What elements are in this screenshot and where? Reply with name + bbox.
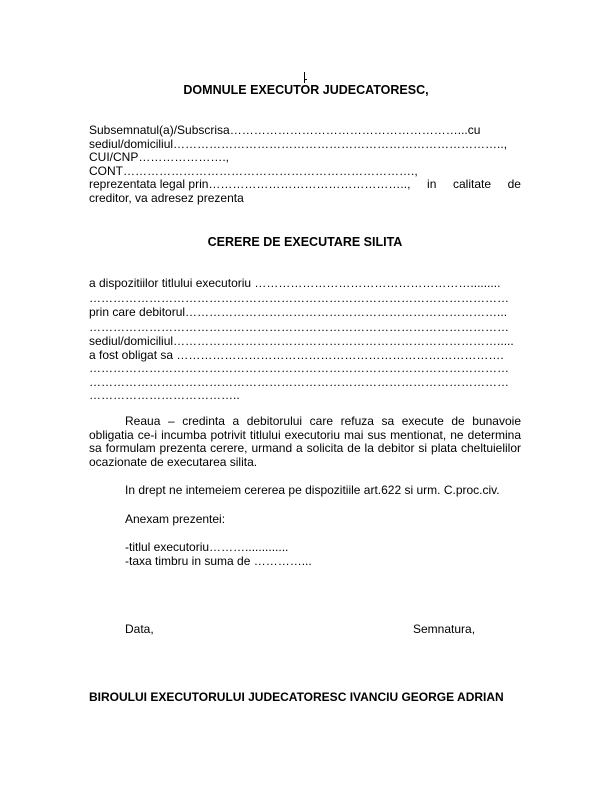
creditor-account-line: CONT………………………………………………………………., [89, 165, 521, 179]
section-title: CERERE DE EXECUTARE SILITA [0, 236, 610, 250]
dotted-line: …………………………………………………………………………………………… [89, 376, 521, 390]
debtor-line: prin care debitorul………………………………………………………… [89, 306, 521, 321]
creditor-address-line: sediul/domiciliul……………………………………………………………… [89, 138, 521, 152]
representative-word-2: calitate [453, 178, 491, 192]
creditor-block: Subsemnatul(a)/Subscrisa…………………………………………… [89, 124, 521, 206]
annex-item-stamp-tax: -taxa timbru in suma de …………... [125, 555, 312, 569]
dotted-line: …………………………………………………………………………………………… [89, 362, 521, 376]
debtor-block: a dispozitiilor titlului executoriu …………… [89, 277, 521, 403]
creditor-closing-line: creditor, va adresez prezenta [89, 192, 521, 206]
creditor-cui-line: CUI/CNP…………………., [89, 151, 521, 165]
dotted-line: …………………………………………………………………………………………… [89, 292, 521, 306]
footer-title: BIROULUI EXECUTORULUI JUDECATORESC IVANC… [89, 691, 504, 705]
annex-heading: Anexam prezentei: [125, 513, 225, 527]
debtor-address-line: sediul/domiciliul……………………………………………………………… [89, 335, 521, 349]
dotted-line: …………………………………………………………………………………………… [89, 321, 521, 335]
bad-faith-text: Reaua – credinta a debitorului care refu… [89, 414, 521, 469]
bad-faith-paragraph: Reaua – credinta a debitorului care refu… [89, 415, 521, 469]
document-title: DOMNULE EXECUTOR JUDECATORESC, [0, 84, 610, 98]
creditor-representative-line: reprezentata legal prin………………………………………….… [89, 178, 521, 192]
enforcement-title-line: a dispozitiilor titlului executoriu …………… [89, 277, 521, 292]
date-label: Data, [125, 623, 154, 637]
document-page: DOMNULE EXECUTOR JUDECATORESC, Subsemnat… [0, 0, 610, 785]
representative-word-1: in [427, 178, 436, 192]
obligation-line: a fost obligat sa …………………………………………………………… [89, 349, 521, 363]
annex-item-enforcement-title: -titlul executoriu………............. [125, 541, 288, 555]
creditor-name-line: Subsemnatul(a)/Subscrisa…………………………………………… [89, 124, 521, 138]
representative-word-3: de [508, 178, 521, 192]
dotted-line-short: ……………………………….. [89, 389, 521, 403]
signature-label: Semnatura, [413, 623, 475, 637]
text-cursor [304, 72, 305, 83]
representative-text: reprezentata legal prin………………………………………….… [89, 178, 410, 192]
legal-basis-paragraph: In drept ne intemeiem cererea pe dispozi… [125, 484, 500, 498]
